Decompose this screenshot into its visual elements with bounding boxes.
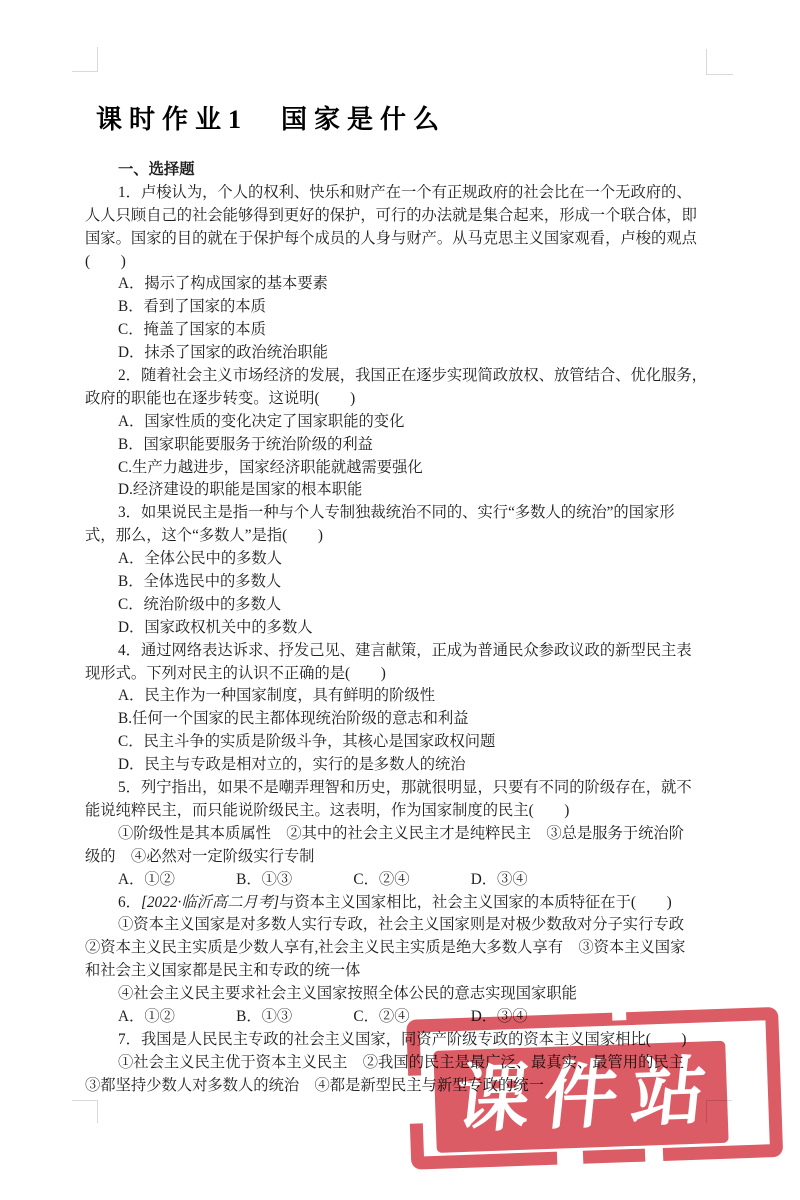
q2-option-d: D.经济建设的职能是国家的根本职能 xyxy=(85,479,745,502)
stamp-border-gap xyxy=(612,1008,626,1020)
worksheet-page: 课时作业1 国家是什么 一、选择题 1．卢梭认为，个人的权利、快乐和财产在一个有… xyxy=(0,0,800,1200)
q5-stem-line-2: 能说纯粹民主，而只能说阶级民主。这表明，作为国家制度的民主( ) xyxy=(85,800,745,823)
q6-stem: 6．[2022·临沂高二月考]与资本主义国家相比，社会主义国家的本质特征在于( … xyxy=(85,892,745,915)
q4-option-b: B.任何一个国家的民主都体现统治阶级的意志和利益 xyxy=(85,708,745,731)
q4-option-c: C．民主斗争的实质是阶级斗争，其核心是国家政权问题 xyxy=(85,731,745,754)
q3-option-b: B．全体选民中的多数人 xyxy=(85,571,745,594)
q4-stem-line-2: 现形式。下列对民主的认识不正确的是( ) xyxy=(85,663,745,686)
stamp-text: 课件站 xyxy=(430,1040,732,1151)
q1-stem-line-3: 国家。国家的目的就在于保护每个成员的人身与财产。从马克思主义国家观看，卢梭的观点 xyxy=(85,228,745,251)
page-title: 课时作业1 国家是什么 xyxy=(96,99,446,136)
q1-stem-line-2: 人人只顾自己的社会能够得到更好的保护，可行的办法就是集合起来，形成一个联合体，即 xyxy=(85,205,745,228)
kejianzhan-watermark-stamp: 课件站 xyxy=(402,1000,800,1200)
q1-option-a: A．揭示了构成国家的基本要素 xyxy=(85,273,745,296)
stamp-inner-box: 课件站 xyxy=(433,1041,728,1153)
q1-answer-blank: ( ) xyxy=(85,251,745,274)
q2-option-a: A．国家性质的变化决定了国家职能的变化 xyxy=(85,411,745,434)
q3-stem-line-2: 式，那么，这个“多数人”是指( ) xyxy=(85,525,745,548)
q3-option-d: D．国家政权机关中的多数人 xyxy=(85,617,745,640)
q3-stem-line-1: 3．如果说民主是指一种与个人专制独裁统治不同的、实行“多数人的统治”的国家形 xyxy=(85,502,745,525)
q3-option-c: C．统治阶级中的多数人 xyxy=(85,594,745,617)
section-heading: 一、选择题 xyxy=(85,159,745,182)
q4-stem-line-1: 4．通过网络表达诉求、抒发己见、建言献策，正成为普通民众参政议政的新型民主表 xyxy=(85,640,745,663)
q6-exam-source: [2022·临沂高二月考] xyxy=(141,894,279,911)
q2-option-b: B．国家职能要服务于统治阶级的利益 xyxy=(85,434,745,457)
q6-items-line-4: ④社会主义民主要求社会主义国家按照全体公民的意志实现国家职能 xyxy=(85,983,745,1006)
q6-items-line-2: ②资本主义民主实质是少数人享有,社会主义民主实质是绝大多数人享有 ③资本主义国家 xyxy=(85,937,745,960)
q6-stem-text: 与资本主义国家相比，社会主义国家的本质特征在于( ) xyxy=(279,894,672,911)
q5-items-line-2: 级的 ④必然对一定阶级实行专制 xyxy=(85,846,745,869)
stamp-border-gap xyxy=(402,1075,424,1124)
document-body: 一、选择题 1．卢梭认为，个人的权利、快乐和财产在一个有正规政府的社会比在一个无… xyxy=(85,159,745,1098)
q1-stem-line-1: 1．卢梭认为，个人的权利、快乐和财产在一个有正规政府的社会比在一个无政府的、 xyxy=(85,182,745,205)
q1-option-b: B．看到了国家的本质 xyxy=(85,296,745,319)
q4-option-a: A．民主作为一种国家制度，具有鲜明的阶级性 xyxy=(85,685,745,708)
q2-stem-line-1: 2．随着社会主义市场经济的发展，我国正在逐步实现简政放权、放管结合、优化服务， xyxy=(85,365,745,388)
q5-stem-line-1: 5．列宁指出，如果不是嘲弄理智和历史，那就很明显，只要有不同的阶级存在，就不 xyxy=(85,777,745,800)
q4-option-d: D．民主与专政是相对立的，实行的是多数人的统治 xyxy=(85,754,745,777)
crop-mark-bottom-left xyxy=(72,1100,98,1123)
q3-option-a: A．全体公民中的多数人 xyxy=(85,548,745,571)
q6-items-line-3: 和社会主义国家都是民主和专政的统一体 xyxy=(85,960,745,983)
q6-number: 6． xyxy=(118,894,141,911)
q2-stem-line-2: 政府的职能也在逐步转变。这说明( ) xyxy=(85,388,745,411)
q5-items-line-1: ①阶级性是其本质属性 ②其中的社会主义民主才是纯粹民主 ③总是服务于统治阶 xyxy=(85,823,745,846)
stamp-border-gap xyxy=(645,1145,664,1164)
crop-mark-top-right xyxy=(706,49,733,75)
q6-items-line-1: ①资本主义国家是对多数人实行专政，社会主义国家则是对极少数敌对分子实行专政 xyxy=(85,914,745,937)
q2-option-c: C.生产力越进步，国家经济职能就越需要强化 xyxy=(85,457,745,480)
q1-option-c: C．掩盖了国家的本质 xyxy=(85,319,745,342)
q1-option-d: D．抹杀了国家的政治统治职能 xyxy=(85,342,745,365)
crop-mark-top-left xyxy=(72,47,98,72)
stamp-border-gap xyxy=(557,1148,584,1167)
q5-answer-options: A．①② B．①③ C．②④ D．③④ xyxy=(85,869,745,892)
